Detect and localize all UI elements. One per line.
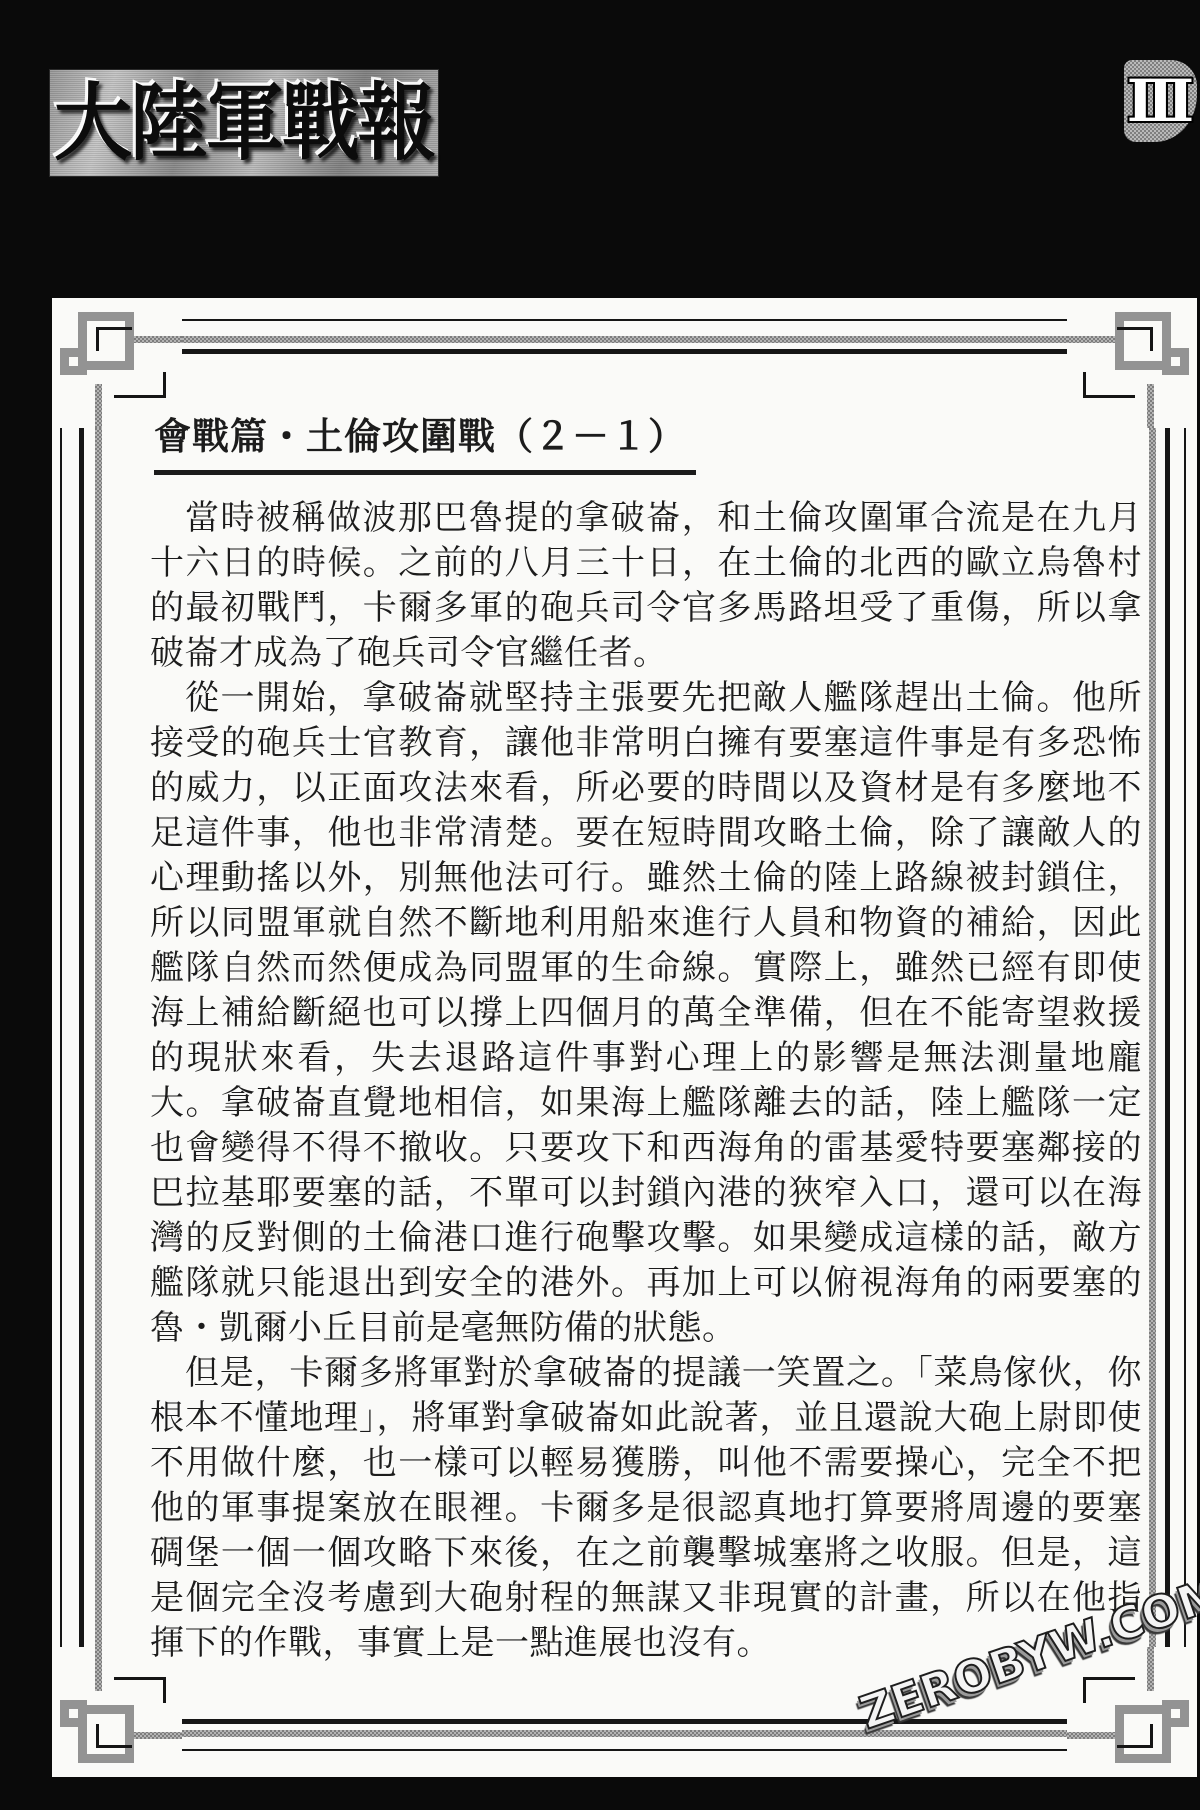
corner-ornament-top-left [52, 298, 182, 428]
frame-line-bottom-grey [152, 1730, 1097, 1737]
article-page: 會戰篇・土倫攻圍戰（２－１） 當時被稱做波那巴魯提的拿破崙，和土倫攻圍軍合流是在… [52, 298, 1197, 1777]
corner-grey-stub-v [1147, 1647, 1154, 1691]
interlock-square-small [60, 348, 87, 375]
frame-line-top-black [152, 349, 1097, 354]
frame-line-bottom-thin [152, 1749, 1097, 1751]
corner-grey-stub-v [95, 1647, 102, 1691]
frame-line-left-thin [60, 398, 62, 1677]
volume-badge: III [1124, 60, 1197, 142]
frame-line-right-black [1165, 398, 1170, 1677]
masthead-logo: 大陸軍戰報 [54, 81, 434, 165]
corner-bracket-inner [96, 327, 132, 351]
frame-line-right-thin [1184, 398, 1186, 1677]
corner-ornament-bottom-right [1067, 1647, 1197, 1777]
corner-bracket-inner [96, 1724, 132, 1748]
corner-grey-stub-h [126, 1732, 182, 1739]
article-paragraph: 當時被稱做波那巴魯提的拿破崙，和土倫攻圍軍合流是在九月十六日的時候。之前的八月三… [150, 496, 1142, 676]
corner-grey-stub-h [126, 336, 182, 343]
interlock-square-small [1162, 348, 1189, 375]
corner-ornament-bottom-left [52, 1647, 182, 1777]
frame-line-top-thin [152, 319, 1097, 321]
article-body: 當時被稱做波那巴魯提的拿破崙，和土倫攻圍軍合流是在九月十六日的時候。之前的八月三… [150, 496, 1142, 1666]
volume-number: III [1127, 72, 1194, 130]
article-heading: 會戰篇・土倫攻圍戰（２－１） [154, 416, 696, 475]
corner-bracket-outer [114, 1677, 166, 1703]
corner-bracket-inner [1117, 1724, 1153, 1748]
corner-bracket-outer [114, 372, 166, 398]
frame-line-top-grey [152, 336, 1097, 343]
corner-bracket-outer [1083, 372, 1135, 398]
frame-line-right-grey [1149, 398, 1156, 1677]
frame-line-bottom-black [152, 1719, 1097, 1724]
corner-grey-stub-v [95, 384, 102, 428]
article-paragraph: 從一開始，拿破崙就堅持主張要先把敵人艦隊趕出土倫。他所接受的砲兵士官教育，讓他非… [150, 676, 1142, 1351]
corner-grey-stub-v [1147, 384, 1154, 428]
corner-ornament-top-right [1067, 298, 1197, 428]
interlock-square-small [1162, 1700, 1189, 1727]
masthead-logo-plate: 大陸軍戰報 [50, 70, 438, 176]
frame-line-left-black [79, 398, 84, 1677]
interlock-square-small [60, 1700, 87, 1727]
corner-bracket-inner [1117, 327, 1153, 351]
article-paragraph: 但是，卡爾多將軍對於拿破崙的提議一笑置之。「菜鳥傢伙，你根本不懂地理」，將軍對拿… [150, 1351, 1142, 1666]
frame-line-left-grey [95, 398, 102, 1677]
corner-bracket-outer [1083, 1677, 1135, 1703]
